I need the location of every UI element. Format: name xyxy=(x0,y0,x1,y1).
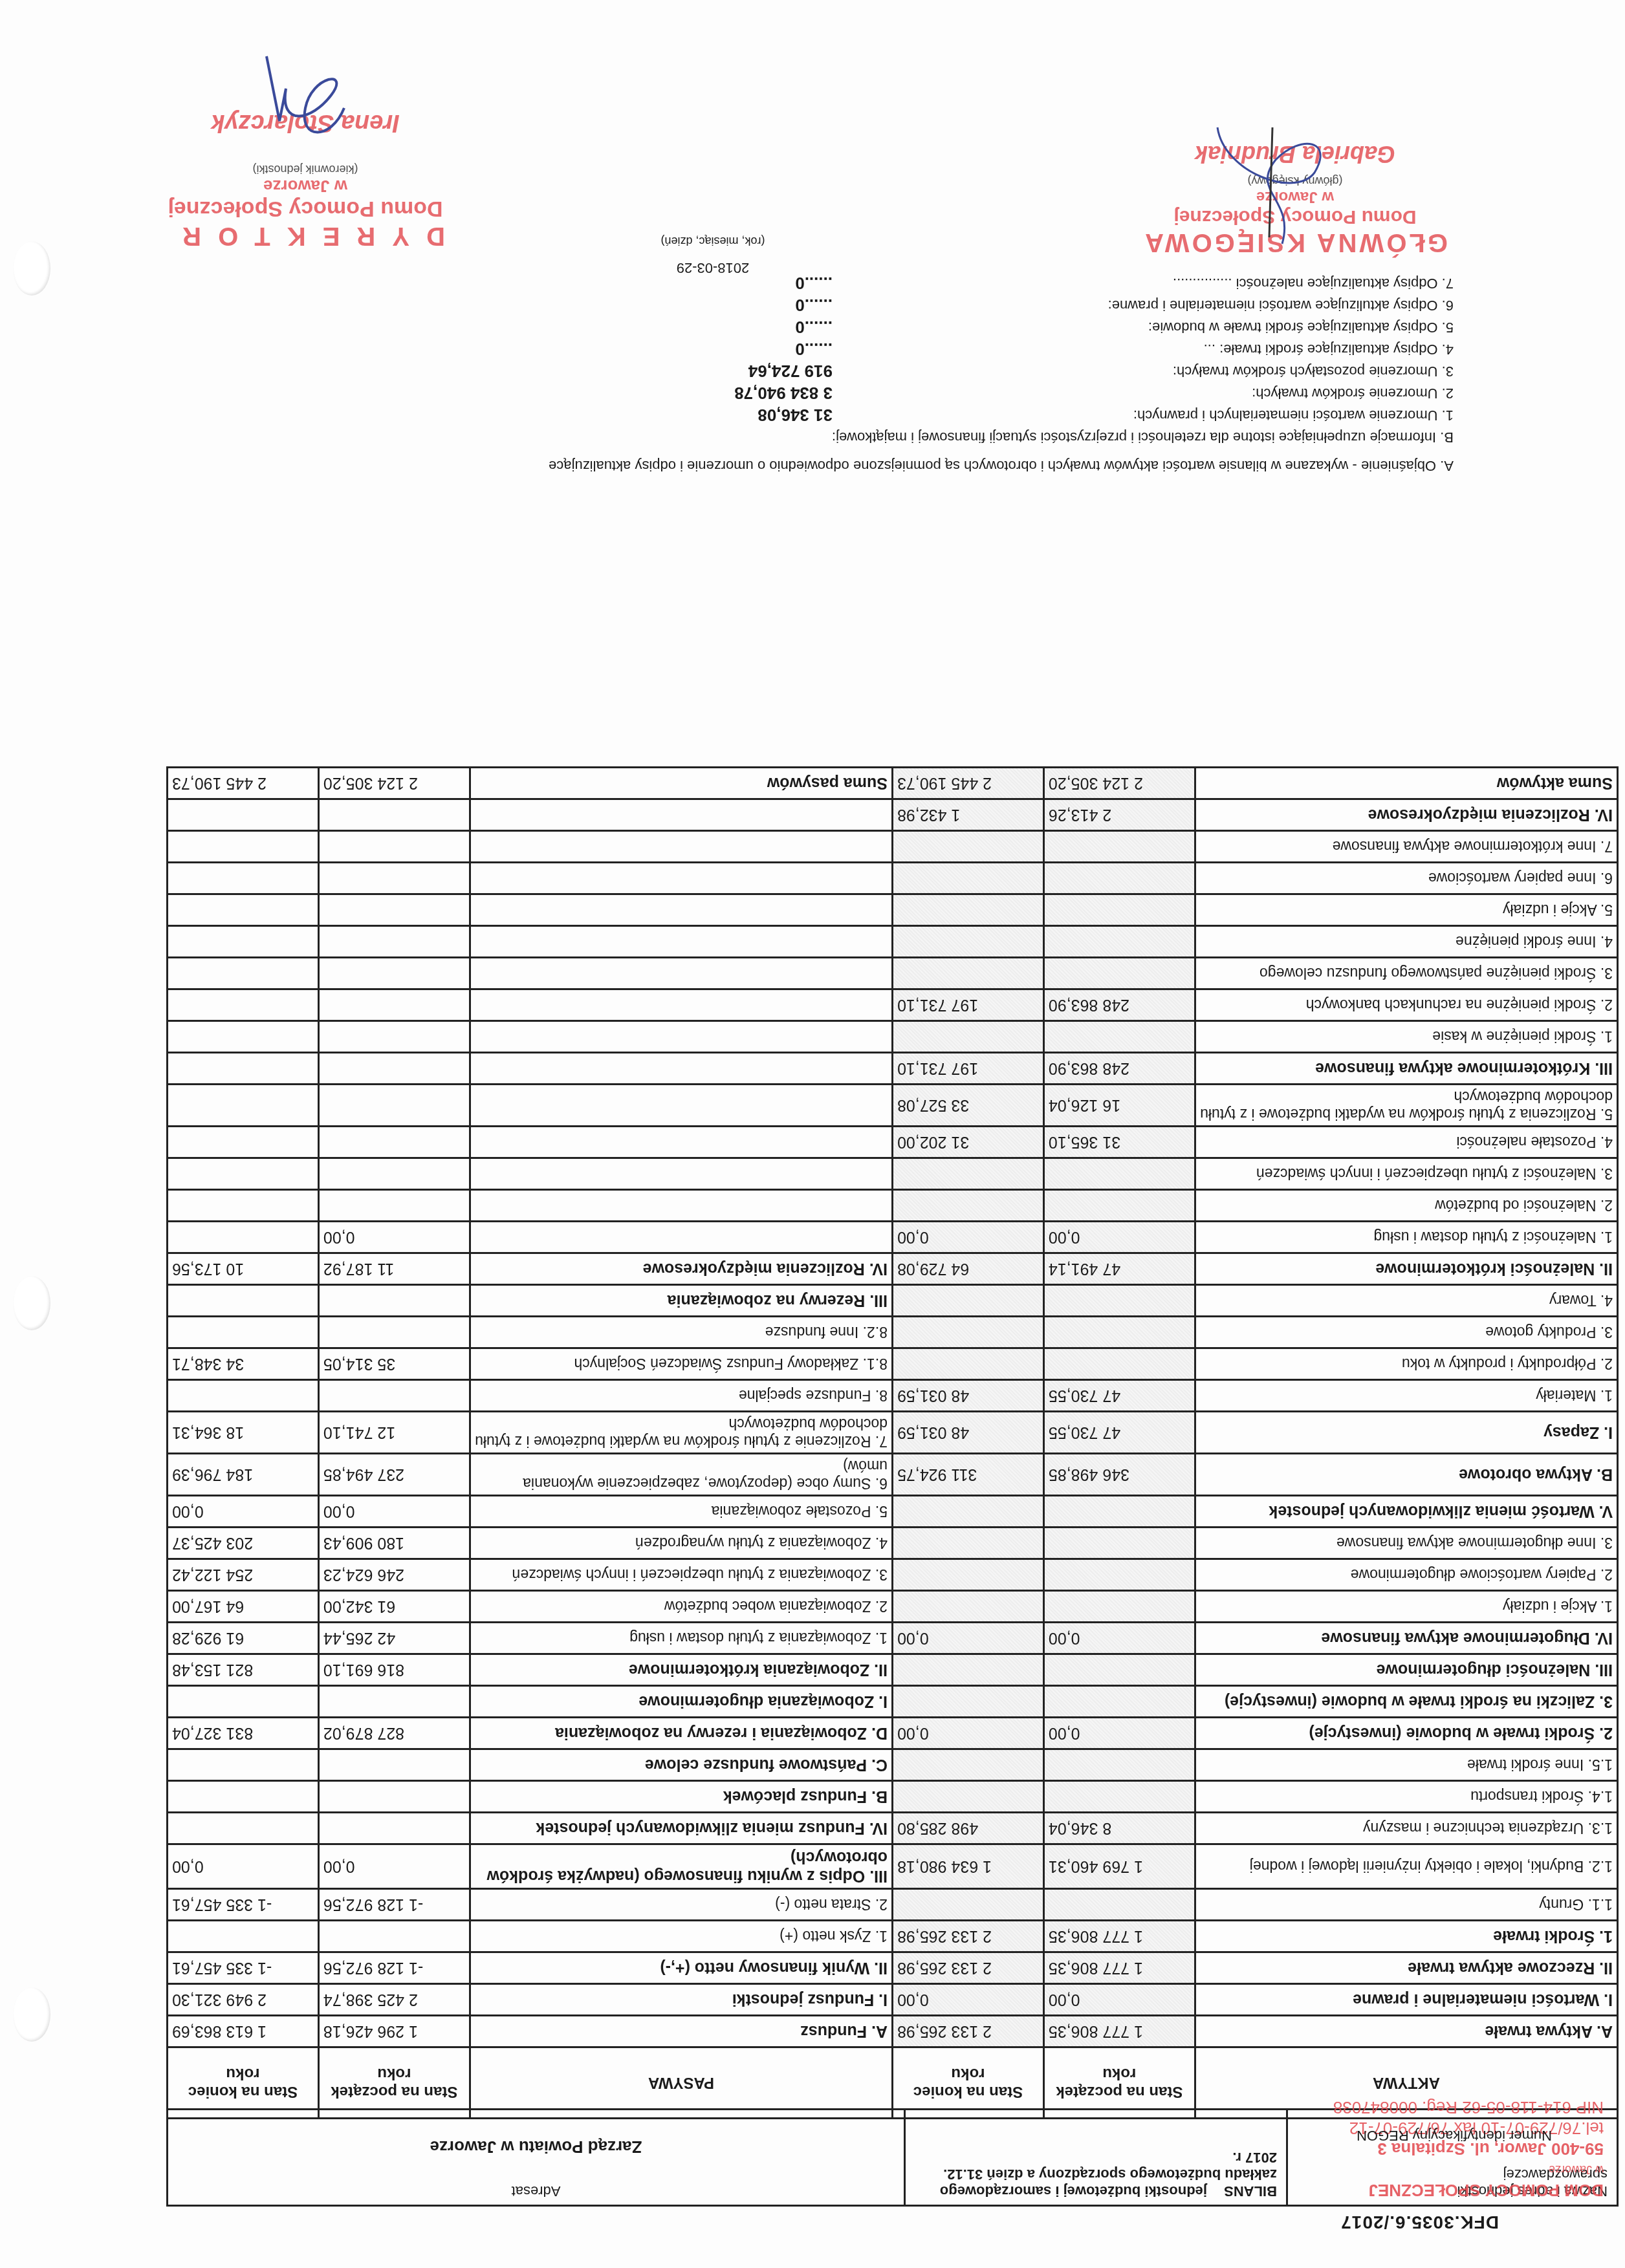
note-item: 3. Umorzenie pozostałych środków trwałyc… xyxy=(160,360,1454,382)
aktywa-start xyxy=(1043,958,1195,989)
pasywa-start xyxy=(318,958,470,989)
pasywa-end: 64 167,00 xyxy=(168,1591,319,1623)
punch-hole xyxy=(13,1276,50,1330)
aktywa-start xyxy=(1043,1654,1195,1686)
aktywa-label: III. Krótkoterminowe aktywa finansowe xyxy=(1195,1053,1617,1085)
pasywa-end xyxy=(168,926,319,958)
pasywa-end: 0,00 xyxy=(168,1844,319,1889)
aktywa-start xyxy=(1043,1190,1195,1222)
table-row: 3. Środki pieniężne państwowego funduszu… xyxy=(168,958,1618,989)
title-cell: BILANS jednostki budżetowej i samorządow… xyxy=(905,2110,1287,2206)
aktywa-start: 1 777 806,35 xyxy=(1043,1921,1195,1952)
aktywa-start: 0,00 xyxy=(1043,1718,1195,1749)
aktywa-end: 64 729,08 xyxy=(893,1253,1044,1285)
aktywa-label: 1. Akcje i udziały xyxy=(1195,1591,1617,1623)
aktywa-label: 3. Należności z tytułu ubezpieczeń i inn… xyxy=(1195,1158,1617,1190)
aktywa-end xyxy=(893,1528,1044,1559)
table-row: V. Wartość mienia zlikwidowanych jednost… xyxy=(168,1496,1618,1528)
col-start: Stan na początek roku xyxy=(318,2047,470,2119)
aktywa-end: 0,00 xyxy=(893,1222,1044,1253)
pasywa-end: 2 445 190,73 xyxy=(168,768,319,799)
aktywa-end xyxy=(893,1190,1044,1222)
table-row: II. Rzeczowe aktywa trwałe1 777 806,352 … xyxy=(168,1952,1618,1984)
note-item-label: 1. Umorzenie wartości niematerialnych i … xyxy=(833,404,1454,426)
table-row: 3. Należności z tytułu ubezpieczeń i inn… xyxy=(168,1158,1618,1190)
aktywa-label: 4. Pozostałe należności xyxy=(1195,1127,1617,1158)
pasywa-start xyxy=(318,1813,470,1844)
pasywa-end xyxy=(168,1053,319,1085)
aktywa-end xyxy=(893,1348,1044,1380)
aktywa-end xyxy=(893,894,1044,926)
note-item: 5. Odpisy aktualizujące środki trwałe w … xyxy=(160,316,1454,338)
aktywa-start xyxy=(1043,1285,1195,1317)
pasywa-end xyxy=(168,1813,319,1844)
table-row: 2. Środki trwałe w budowie (inwestycje)0… xyxy=(168,1718,1618,1749)
col-end: Stan na koniec roku xyxy=(893,2047,1044,2119)
col-start: Stan na początek roku xyxy=(1043,2047,1195,2119)
punch-hole xyxy=(13,1987,50,2042)
table-row: 1.3. Urządzenia techniczne i maszyny8 34… xyxy=(168,1813,1618,1844)
table-row: 1.1. Grunty2. Strata netto (-)-1 128 972… xyxy=(168,1889,1618,1921)
note-item-label: 4. Odpisy aktualizujące środki trwałe: .… xyxy=(833,338,1454,360)
aktywa-end xyxy=(893,831,1044,863)
pasywa-end xyxy=(168,894,319,926)
pasywa-start xyxy=(318,894,470,926)
note-a: A. Objaśnienie - wykazane w bilansie war… xyxy=(160,455,1454,477)
note-item-value: 919 724,64 xyxy=(748,360,833,382)
aktywa-label: 1.2. Budynki, lokale i obiekty inżynieri… xyxy=(1195,1844,1617,1889)
aktywa-label: 1.5. Inne środki trwałe xyxy=(1195,1749,1617,1781)
aktywa-start xyxy=(1043,1591,1195,1623)
aktywa-start xyxy=(1043,1528,1195,1559)
aktywa-label: 1. Środki pieniężne w kasie xyxy=(1195,1021,1617,1053)
pasywa-label: 8.1. Zakładowy Fundusz Świadczeń Socjaln… xyxy=(470,1348,892,1380)
addressee-cell: Adresat Zarząd Powiatu w Jaworze xyxy=(168,2110,905,2206)
aktywa-end: 197 731,10 xyxy=(893,989,1044,1021)
table-row: IV. Rozliczenia międzyokresowe2 413,261 … xyxy=(168,799,1618,831)
aktywa-end xyxy=(893,1021,1044,1053)
pasywa-start xyxy=(318,1053,470,1085)
table-row: B. Aktywa obrotowe346 498,85311 924,756.… xyxy=(168,1454,1618,1496)
pasywa-label: Suma pasywów xyxy=(470,768,892,799)
pasywa-label xyxy=(470,1222,892,1253)
aktywa-start xyxy=(1043,894,1195,926)
pasywa-label xyxy=(470,1127,892,1158)
pasywa-end xyxy=(168,831,319,863)
table-row: 2. Należności od budżetów xyxy=(168,1190,1618,1222)
pasywa-label: 1. Zysk netto (+) xyxy=(470,1921,892,1952)
aktywa-start: 1 777 806,35 xyxy=(1043,2016,1195,2047)
pasywa-label: IV. Fundusz mienia zlikwidowanych jednos… xyxy=(470,1813,892,1844)
aktywa-start xyxy=(1043,1158,1195,1190)
aktywa-start xyxy=(1043,1781,1195,1813)
pasywa-start: 0,00 xyxy=(318,1222,470,1253)
table-row: 1. Akcje i udziały2. Zobowiązania wobec … xyxy=(168,1591,1618,1623)
pasywa-label: B. Fundusz placówek xyxy=(470,1781,892,1813)
aktywa-start xyxy=(1043,1889,1195,1921)
addressee: Zarząd Powiatu w Jaworze xyxy=(177,2137,895,2157)
aktywa-end: 498 285,80 xyxy=(893,1813,1044,1844)
pasywa-start: 35 314,05 xyxy=(318,1348,470,1380)
aktywa-start: 248 863,90 xyxy=(1043,1053,1195,1085)
note-item-label: 5. Odpisy aktualizujące środki trwałe w … xyxy=(833,316,1454,338)
pasywa-start xyxy=(318,1781,470,1813)
aktywa-label: III. Należności długoterminowe xyxy=(1195,1654,1617,1686)
aktywa-end xyxy=(893,926,1044,958)
pasywa-end: 1 613 863,69 xyxy=(168,2016,319,2047)
table-row: III. Krótkoterminowe aktywa finansowe248… xyxy=(168,1053,1618,1085)
pasywa-start: 1 296 426,18 xyxy=(318,2016,470,2047)
pasywa-start: 816 691,10 xyxy=(318,1654,470,1686)
pasywa-start xyxy=(318,1085,470,1127)
aktywa-end: 1 432,98 xyxy=(893,799,1044,831)
aktywa-end xyxy=(893,1749,1044,1781)
addressee-label: Adresat xyxy=(177,2183,895,2199)
pasywa-label: I. Fundusz jednostki xyxy=(470,1984,892,2016)
note-item-value: 31 346,08 xyxy=(758,404,833,426)
pasywa-label: III. Odpis z wyniku finansowego (nadwyżk… xyxy=(470,1844,892,1889)
pasywa-start: 2 425 398,74 xyxy=(318,1984,470,2016)
title: BILANS xyxy=(1224,2183,1277,2199)
aktywa-label: 2. Środki trwałe w budowie (inwestycje) xyxy=(1195,1718,1617,1749)
pasywa-label xyxy=(470,1190,892,1222)
pasywa-start xyxy=(318,926,470,958)
pasywa-end xyxy=(168,1021,319,1053)
aktywa-start: 1 777 806,35 xyxy=(1043,1952,1195,1984)
aktywa-label: 5. Rozliczenia z tytułu środków na wydat… xyxy=(1195,1085,1617,1127)
note-item: 1. Umorzenie wartości niematerialnych i … xyxy=(160,404,1454,426)
table-row: 1. Środki pieniężne w kasie xyxy=(168,1021,1618,1053)
aktywa-end xyxy=(893,1158,1044,1190)
aktywa-start: 8 346,04 xyxy=(1043,1813,1195,1844)
aktywa-label: 3. Produkty gotowe xyxy=(1195,1317,1617,1348)
note-item-label: 3. Umorzenie pozostałych środków trwałyc… xyxy=(833,360,1454,382)
pasywa-end xyxy=(168,1285,319,1317)
note-item-value: ......0 xyxy=(795,316,833,338)
pasywa-label: 2. Zobowiązania wobec budżetów xyxy=(470,1591,892,1623)
pasywa-label xyxy=(470,958,892,989)
pasywa-label: III. Rezerwy na zobowiązania xyxy=(470,1285,892,1317)
aktywa-label: 1.3. Urządzenia techniczne i maszyny xyxy=(1195,1813,1617,1844)
aktywa-start xyxy=(1043,1348,1195,1380)
aktywa-end: 311 924,75 xyxy=(893,1454,1044,1496)
table-row: III. Należności długoterminoweII. Zobowi… xyxy=(168,1654,1618,1686)
col-aktywa: AKTYWA xyxy=(1195,2047,1617,2119)
aktywa-start: 47 730,55 xyxy=(1043,1380,1195,1412)
aktywa-end: 2 133 265,98 xyxy=(893,2016,1044,2047)
aktywa-start xyxy=(1043,863,1195,894)
table-row: 1. Materiały47 730,5548 031,598. Fundusz… xyxy=(168,1380,1618,1412)
pasywa-end xyxy=(168,1921,319,1952)
aktywa-end: 31 202,00 xyxy=(893,1127,1044,1158)
pasywa-end xyxy=(168,1686,319,1718)
table-row: Suma aktywów2 124 305,202 445 190,73Suma… xyxy=(168,768,1618,799)
note-item-label: 2. Umorzenie środków trwałych: xyxy=(833,382,1454,404)
table-row: 2. Środki pieniężne na rachunkach bankow… xyxy=(168,989,1618,1021)
pasywa-start: 0,00 xyxy=(318,1496,470,1528)
pasywa-label: 5. Pozostałe zobowiązania xyxy=(470,1496,892,1528)
aktywa-end xyxy=(893,1781,1044,1813)
director-signature xyxy=(228,43,357,147)
aktywa-end xyxy=(893,1496,1044,1528)
pasywa-label: II. Wynik finansowy netto (+,-) xyxy=(470,1952,892,1984)
pasywa-start xyxy=(318,989,470,1021)
aktywa-label: 2. Półprodukty i produkty w toku xyxy=(1195,1348,1617,1380)
aktywa-end: 48 031,59 xyxy=(893,1412,1044,1454)
pasywa-start xyxy=(318,1285,470,1317)
pasywa-label: C. Państwowe fundusze celowe xyxy=(470,1749,892,1781)
pasywa-label xyxy=(470,1021,892,1053)
pasywa-end: 2 949 321,30 xyxy=(168,1984,319,2016)
pasywa-start xyxy=(318,1158,470,1190)
aktywa-start xyxy=(1043,1559,1195,1591)
aktywa-end xyxy=(893,863,1044,894)
pasywa-start: 237 494,85 xyxy=(318,1454,470,1496)
pasywa-label xyxy=(470,926,892,958)
aktywa-label: 2. Należności od budżetów xyxy=(1195,1190,1617,1222)
regon-label: Numer identyfikacyjny REGON xyxy=(1357,2127,1552,2144)
unit-cell: Nazwa i adres jednostki sprawozdawczej D… xyxy=(1287,2110,1618,2206)
aktywa-end: 0,00 xyxy=(893,1984,1044,2016)
aktywa-end: 197 731,10 xyxy=(893,1053,1044,1085)
pasywa-end: 10 173,56 xyxy=(168,1253,319,1285)
aktywa-start: 0,00 xyxy=(1043,1984,1195,2016)
aktywa-start: 1 769 460,31 xyxy=(1043,1844,1195,1889)
pasywa-end xyxy=(168,863,319,894)
pasywa-label: D. Zobowiązania i rezerwy na zobowiązani… xyxy=(470,1718,892,1749)
pasywa-end: 0,00 xyxy=(168,1496,319,1528)
aktywa-label: 1.4. Środki transportu xyxy=(1195,1781,1617,1813)
pasywa-start: 246 624,23 xyxy=(318,1559,470,1591)
aktywa-label: 4. Towary xyxy=(1195,1285,1617,1317)
pasywa-end: 254 122,42 xyxy=(168,1559,319,1591)
aktywa-end: 33 527,08 xyxy=(893,1085,1044,1127)
aktywa-end xyxy=(893,1317,1044,1348)
table-row: A. Aktywa trwałe1 777 806,352 133 265,98… xyxy=(168,2016,1618,2047)
aktywa-label: 1. Materiały xyxy=(1195,1380,1617,1412)
pasywa-label: A. Fundusz xyxy=(470,2016,892,2047)
aktywa-end: 48 031,59 xyxy=(893,1380,1044,1412)
aktywa-label: 2. Papiery wartościowe długoterminowe xyxy=(1195,1559,1617,1591)
aktywa-end: 1 634 980,18 xyxy=(893,1844,1044,1889)
pasywa-end xyxy=(168,1158,319,1190)
pasywa-end: 821 153,48 xyxy=(168,1654,319,1686)
pasywa-start: 2 124 305,20 xyxy=(318,768,470,799)
aktywa-label: II. Rzeczowe aktywa trwałe xyxy=(1195,1952,1617,1984)
aktywa-end xyxy=(893,1559,1044,1591)
pasywa-end xyxy=(168,1317,319,1348)
aktywa-end xyxy=(893,1591,1044,1623)
pasywa-end xyxy=(168,1781,319,1813)
balance-table: AKTYWA Stan na początek roku Stan na kon… xyxy=(166,766,1619,2119)
aktywa-label: Suma aktywów xyxy=(1195,768,1617,799)
pasywa-start: -1 128 972,56 xyxy=(318,1889,470,1921)
pasywa-end xyxy=(168,958,319,989)
pasywa-end: 203 425,37 xyxy=(168,1528,319,1559)
note-item-value: ......0 xyxy=(795,338,833,360)
aktywa-label: 1.1. Grunty xyxy=(1195,1889,1617,1921)
pasywa-start xyxy=(318,1749,470,1781)
aktywa-start: 248 863,90 xyxy=(1043,989,1195,1021)
aktywa-end xyxy=(893,1889,1044,1921)
date-block: 2018-03-29 (rok, miesiąc, dzień) xyxy=(616,234,810,276)
aktywa-start: 47 730,55 xyxy=(1043,1412,1195,1454)
pasywa-label: 2. Strata netto (-) xyxy=(470,1889,892,1921)
pasywa-label: 4. Zobowiązania z tytułu wynagrodzeń xyxy=(470,1528,892,1559)
aktywa-start xyxy=(1043,1749,1195,1781)
aktywa-start xyxy=(1043,1317,1195,1348)
pasywa-label xyxy=(470,799,892,831)
table-row: 6. Inne papiery wartościowe xyxy=(168,863,1618,894)
aktywa-start xyxy=(1043,1496,1195,1528)
pasywa-label xyxy=(470,1053,892,1085)
scanned-page: DFK.3035.6./2017 Nazwa i adres jednostki… xyxy=(0,0,1625,2268)
aktywa-label: 1. Należności z tytułu dostaw i usług xyxy=(1195,1222,1617,1253)
table-row: 1.5. Inne środki trwałeC. Państwowe fund… xyxy=(168,1749,1618,1781)
note-item-label: 6. Odpisy aktulizujące wartości niemater… xyxy=(833,294,1454,316)
pasywa-end xyxy=(168,1190,319,1222)
table-row: 4. TowaryIII. Rezerwy na zobowiązania xyxy=(168,1285,1618,1317)
aktywa-start xyxy=(1043,831,1195,863)
note-item: 2. Umorzenie środków trwałych:3 834 940,… xyxy=(160,382,1454,404)
pasywa-end: -1 335 457,61 xyxy=(168,1952,319,1984)
note-item: 6. Odpisy aktulizujące wartości niemater… xyxy=(160,294,1454,316)
aktywa-label: I. Wartości niematerialne i prawne xyxy=(1195,1984,1617,2016)
pasywa-start xyxy=(318,1380,470,1412)
pasywa-label xyxy=(470,1158,892,1190)
aktywa-end xyxy=(893,958,1044,989)
note-item-label: 7. Odpisy aktualizujące należności .....… xyxy=(833,272,1454,294)
aktywa-label: I. Zapasy xyxy=(1195,1412,1617,1454)
document-number: DFK.3035.6./2017 xyxy=(1340,2212,1499,2232)
aktywa-start: 0,00 xyxy=(1043,1222,1195,1253)
aktywa-label: 1. Środki trwałe xyxy=(1195,1921,1617,1952)
table-row: 1.4. Środki transportuB. Fundusz placówe… xyxy=(168,1781,1618,1813)
aktywa-start: 2 413,26 xyxy=(1043,799,1195,831)
aktywa-start: 47 491,14 xyxy=(1043,1253,1195,1285)
aktywa-end xyxy=(893,1686,1044,1718)
pasywa-start: 180 909,43 xyxy=(318,1528,470,1559)
table-row: IV. Długoterminowe aktywa finansowe0,000… xyxy=(168,1623,1618,1654)
aktywa-label: 6. Inne papiery wartościowe xyxy=(1195,863,1617,894)
accountant-signature xyxy=(1198,121,1353,250)
aktywa-label: 3. Inne długoterminowe aktywa finansowe xyxy=(1195,1528,1617,1559)
table-row: 4. Inne środki pieniężne xyxy=(168,926,1618,958)
pasywa-start xyxy=(318,1317,470,1348)
pasywa-label: I. Zobowiązania długoterminowe xyxy=(470,1686,892,1718)
table-row: 5. Rozliczenia z tytułu środków na wydat… xyxy=(168,1085,1618,1127)
aktywa-start: 0,00 xyxy=(1043,1623,1195,1654)
aktywa-label: B. Aktywa obrotowe xyxy=(1195,1454,1617,1496)
pasywa-label: 3. Zobowiązania z tytułu ubezpieczeń i i… xyxy=(470,1559,892,1591)
table-row: 1. Środki trwałe1 777 806,352 133 265,98… xyxy=(168,1921,1618,1952)
pasywa-start: 12 741,10 xyxy=(318,1412,470,1454)
pasywa-end: 184 796,39 xyxy=(168,1454,319,1496)
table-row: I. Wartości niematerialne i prawne0,000,… xyxy=(168,1984,1618,2016)
note-item-value: ......0 xyxy=(795,294,833,316)
pasywa-label xyxy=(470,1085,892,1127)
pasywa-start: 61 342,00 xyxy=(318,1591,470,1623)
report-date: 2018-03-29 xyxy=(616,259,810,276)
table-row: 2. Półprodukty i produkty w toku8.1. Zak… xyxy=(168,1348,1618,1380)
aktywa-label: 3. Zaliczki na środki trwałe w budowie (… xyxy=(1195,1686,1617,1718)
aktywa-label: IV. Rozliczenia międzyokresowe xyxy=(1195,799,1617,831)
aktywa-end xyxy=(893,1654,1044,1686)
note-item: 4. Odpisy aktualizujące środki trwałe: .… xyxy=(160,338,1454,360)
aktywa-label: 2. Środki pieniężne na rachunkach bankow… xyxy=(1195,989,1617,1021)
table-row: 3. Produkty gotowe8.2. Inne fundusze xyxy=(168,1317,1618,1348)
aktywa-end: 0,00 xyxy=(893,1718,1044,1749)
aktywa-start: 2 124 305,20 xyxy=(1043,768,1195,799)
pasywa-label xyxy=(470,894,892,926)
pasywa-start: 827 879,02 xyxy=(318,1718,470,1749)
aktywa-label: 3. Środki pieniężne państwowego funduszu… xyxy=(1195,958,1617,989)
pasywa-end xyxy=(168,1085,319,1127)
pasywa-start: 11 187,92 xyxy=(318,1253,470,1285)
pasywa-start xyxy=(318,1127,470,1158)
pasywa-start xyxy=(318,831,470,863)
aktywa-label: 5. Akcje i udziały xyxy=(1195,894,1617,926)
table-row: 3. Inne długoterminowe aktywa finansowe4… xyxy=(168,1528,1618,1559)
pasywa-label xyxy=(470,989,892,1021)
col-end: Stan na koniec roku xyxy=(168,2047,319,2119)
table-row: 3. Zaliczki na środki trwałe w budowie (… xyxy=(168,1686,1618,1718)
pasywa-label: 8.2. Inne fundusze xyxy=(470,1317,892,1348)
pasywa-end xyxy=(168,1222,319,1253)
pasywa-end: 61 929,28 xyxy=(168,1623,319,1654)
pasywa-end xyxy=(168,799,319,831)
aktywa-end: 2 133 265,98 xyxy=(893,1952,1044,1984)
aktywa-start: 346 498,85 xyxy=(1043,1454,1195,1496)
pasywa-start xyxy=(318,1021,470,1053)
aktywa-end: 0,00 xyxy=(893,1623,1044,1654)
pasywa-end xyxy=(168,989,319,1021)
table-row: 2. Papiery wartościowe długoterminowe3. … xyxy=(168,1559,1618,1591)
aktywa-start: 16 126,04 xyxy=(1043,1085,1195,1127)
aktywa-label: II. Należności krótkoterminowe xyxy=(1195,1253,1617,1285)
table-row: II. Należności krótkoterminowe47 491,146… xyxy=(168,1253,1618,1285)
aktywa-end: 2 133 265,98 xyxy=(893,1921,1044,1952)
table-row: 1.2. Budynki, lokale i obiekty inżynieri… xyxy=(168,1844,1618,1889)
pasywa-start xyxy=(318,1921,470,1952)
aktywa-end xyxy=(893,1285,1044,1317)
pasywa-end: 831 327,04 xyxy=(168,1718,319,1749)
table-row: 7. Inne krótkoterminowe aktywa finansowe xyxy=(168,831,1618,863)
aktywa-label: IV. Długoterminowe aktywa finansowe xyxy=(1195,1623,1617,1654)
date-caption: (rok, miesiąc, dzień) xyxy=(616,234,810,248)
pasywa-start xyxy=(318,863,470,894)
pasywa-end xyxy=(168,1127,319,1158)
pasywa-end: -1 335 457,61 xyxy=(168,1889,319,1921)
pasywa-label: II. Zobowiązania krótkoterminowe xyxy=(470,1654,892,1686)
aktywa-label: A. Aktywa trwałe xyxy=(1195,2016,1617,2047)
pasywa-label: 1. Zobowiązania z tytułu dostaw i usług xyxy=(470,1623,892,1654)
pasywa-start: -1 128 972,56 xyxy=(318,1952,470,1984)
aktywa-label: 4. Inne środki pieniężne xyxy=(1195,926,1617,958)
pasywa-start: 42 265,44 xyxy=(318,1623,470,1654)
pasywa-label: 6. Sumy obce (depozytowe, zabezpieczenie… xyxy=(470,1454,892,1496)
pasywa-label: 8. Fundusze specjalne xyxy=(470,1380,892,1412)
aktywa-end: 2 445 190,73 xyxy=(893,768,1044,799)
notes-section: A. Objaśnienie - wykazane w bilansie war… xyxy=(160,272,1454,477)
pasywa-start xyxy=(318,1190,470,1222)
pasywa-start xyxy=(318,799,470,831)
pasywa-end xyxy=(168,1380,319,1412)
pasywa-label: 7. Rozliczenie z tytułu środków na wydat… xyxy=(470,1412,892,1454)
director-caption: (kierownik jednostki) xyxy=(124,162,486,176)
pasywa-start: 0,00 xyxy=(318,1844,470,1889)
note-item-value: 3 834 940,78 xyxy=(734,382,833,404)
